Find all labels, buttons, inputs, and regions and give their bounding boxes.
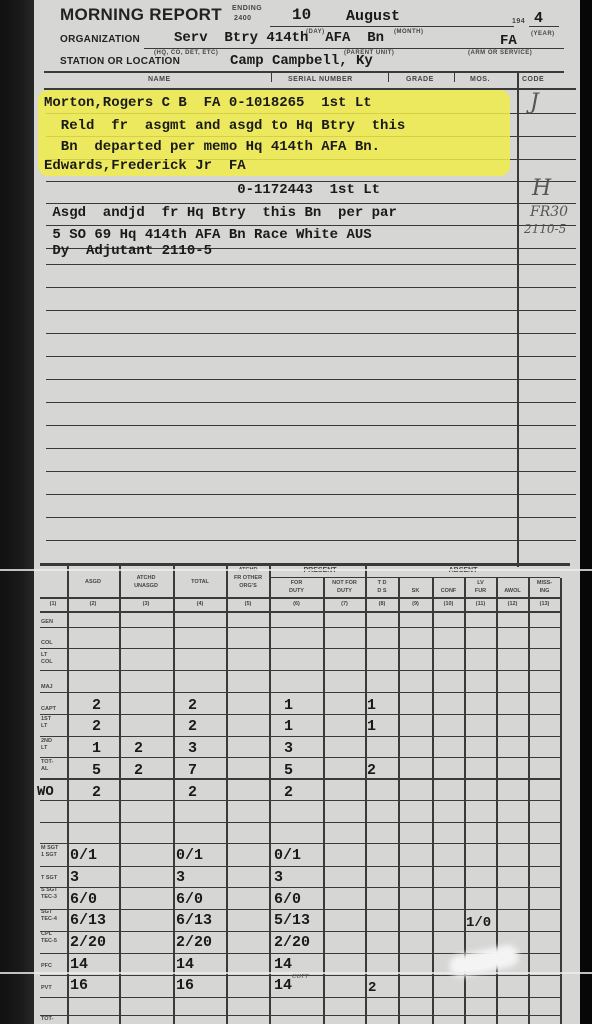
col-num: (5) [227, 600, 269, 608]
cell-for-duty: 6/0 [274, 891, 301, 908]
entry-line: Bn departed per memo Hq 414th AFA Bn. [44, 139, 380, 155]
col-lv-fur: LV FUR [465, 579, 496, 595]
cell-total: 3 [176, 869, 185, 886]
cell-for-duty: 14 [274, 956, 292, 973]
cell-for-duty: 1 [284, 697, 293, 714]
col-num: (13) [529, 600, 560, 608]
col-num: (7) [324, 600, 365, 608]
film-right-margin [578, 0, 592, 1024]
row-label: COL [41, 640, 53, 647]
cell-for-duty: 5 [284, 762, 293, 779]
cell-total: 14 [176, 956, 194, 973]
station-label: STATION OR LOCATION [60, 56, 180, 67]
col-serial: SERIAL NUMBER [288, 76, 353, 83]
cell-asgd: 0/1 [70, 847, 97, 864]
col-num: (8) [366, 600, 398, 608]
morning-report-form: MORNING REPORT ENDING 2400 10 August 194… [34, 0, 580, 1024]
row-label: 1ST LT [41, 716, 51, 730]
row-label: TOT- [41, 1016, 53, 1023]
col-code: CODE [522, 76, 544, 83]
col-name: NAME [148, 76, 171, 83]
col-num: (6) [270, 600, 323, 608]
cell-asgd: 5 [92, 762, 101, 779]
cell-tdds: 2 [368, 980, 376, 996]
code-note: 2110-5 [524, 222, 566, 236]
entry-line: Asgd andjd fr Hq Btry this Bn per par [44, 205, 397, 221]
entry-line: 0-1172443 1st Lt [44, 182, 380, 198]
cell-total: 2 [188, 784, 197, 801]
ending-time: 2400 [234, 15, 252, 22]
cell-total: 16 [176, 977, 194, 994]
cell-atchd: 2 [134, 762, 143, 779]
cell-asgd: 16 [70, 977, 88, 994]
cell-asgd: 14 [70, 956, 88, 973]
row-label: S SGT TEC-3 [41, 887, 58, 901]
cell-total: 2 [188, 697, 197, 714]
scan-artifact [0, 972, 592, 974]
col-num: (12) [497, 600, 528, 608]
col-num: (9) [399, 600, 432, 608]
report-month: August [346, 8, 400, 25]
col-mos: MOS. [470, 76, 490, 83]
row-label: T SGT [41, 875, 57, 882]
report-year: 4 [534, 10, 543, 27]
cell-asgd: 6/13 [70, 912, 106, 929]
col-num: (2) [68, 600, 118, 608]
cell-total: 6/13 [176, 912, 212, 929]
row-label: GEN [41, 619, 53, 626]
cell-for-duty: 2 [284, 784, 293, 801]
col-total: TOTAL [174, 578, 226, 586]
cell-asgd: 2 [92, 697, 101, 714]
col-conf: CONF [433, 587, 464, 595]
col-asgd: ASGD [68, 578, 118, 586]
col-grade: GRADE [406, 76, 434, 83]
row-label: CPL TEC-5 [41, 931, 57, 945]
cell-for-duty: 2/20 [274, 934, 310, 951]
row-label: MAJ [41, 684, 53, 691]
row-label: SGT TEC-4 [41, 909, 57, 923]
scan-artifact [0, 569, 592, 571]
cell-tdds: 2 [367, 762, 376, 779]
entry-line: Morton,Rogers C B FA 0-1018265 1st Lt [44, 95, 372, 111]
row-label: CAPT [41, 706, 56, 713]
cell-for-duty: 1 [284, 718, 293, 735]
organization-label: ORGANIZATION [60, 34, 140, 45]
row-label: PVT [41, 985, 52, 992]
cell-for-duty: 5/13 [274, 912, 310, 929]
cell-asgd: 2 [92, 784, 101, 801]
cell-total: 2 [188, 718, 197, 735]
col-awol: AWOL [497, 587, 528, 595]
entry-line: 5 SO 69 Hq 414th AFA Bn Race White AUS [44, 227, 372, 243]
col-sk: SK [399, 587, 432, 595]
station-value: Camp Campbell, Ky [230, 53, 373, 69]
cell-for-duty: 3 [274, 869, 283, 886]
code-mark: J [530, 90, 539, 115]
cell-lv-fur: 1/0 [466, 915, 491, 931]
cell-tdds: 1 [367, 697, 376, 714]
row-label: LT COL [41, 652, 53, 666]
entry-line: Reld fr asgmt and asgd to Hq Btry this [44, 118, 405, 134]
cell-asgd: 2/20 [70, 934, 106, 951]
row-label: TOT- AL [41, 759, 53, 773]
row-label: PFC [41, 963, 52, 970]
year-caption: (YEAR) [531, 31, 555, 37]
arm-caption: (ARM OR SERVICE) [468, 50, 532, 56]
row-label: 2ND LT [41, 738, 52, 752]
month-caption: (MONTH) [394, 29, 424, 35]
cell-total: 6/0 [176, 891, 203, 908]
cell-asgd: 1 [92, 740, 101, 757]
film-left-margin [0, 0, 36, 1024]
cell-asgd: 6/0 [70, 891, 97, 908]
row-label: M SGT 1 SGT [41, 845, 58, 859]
cell-asgd: 2 [92, 718, 101, 735]
code-note: FR30 [530, 204, 568, 220]
code-mark: H [532, 176, 551, 201]
entry-line: Edwards,Frederick Jr FA [44, 158, 246, 174]
col-atchd-unasgd: ATCHD UNASGD [120, 574, 172, 590]
col-num: (10) [433, 600, 464, 608]
report-day: 10 [292, 6, 311, 24]
col-num: (3) [120, 600, 172, 608]
organization-value: Serv Btry 414th AFA Bn [174, 30, 384, 46]
cell-total: 0/1 [176, 847, 203, 864]
cell-for-duty: 3 [284, 740, 293, 757]
form-title: MORNING REPORT [60, 5, 222, 25]
cell-tdds: 1 [367, 718, 376, 735]
col-for-duty: FOR DUTY [270, 579, 323, 595]
col-num: (11) [465, 600, 496, 608]
cell-for-duty: 14 [274, 977, 292, 994]
col-tdds: T D D S [366, 579, 398, 595]
cell-asgd: 3 [70, 869, 79, 886]
cell-total: 3 [188, 740, 197, 757]
cell-total: 7 [188, 762, 197, 779]
cell-atchd: 2 [134, 740, 143, 757]
col-not-for-duty: NOT FOR DUTY [324, 579, 365, 595]
col-num: (1) [40, 600, 66, 608]
entry-line: Dy Adjutant 2110-5 [44, 243, 212, 259]
col-num: (4) [174, 600, 226, 608]
year-prefix: 194 [512, 18, 525, 25]
arm-value: FA [500, 33, 517, 49]
cell-for-duty: 0/1 [274, 847, 301, 864]
ending-label: ENDING [232, 5, 262, 12]
row-label: WO [37, 784, 54, 800]
cell-total: 2/20 [176, 934, 212, 951]
col-missing: MISS- ING [529, 579, 560, 595]
